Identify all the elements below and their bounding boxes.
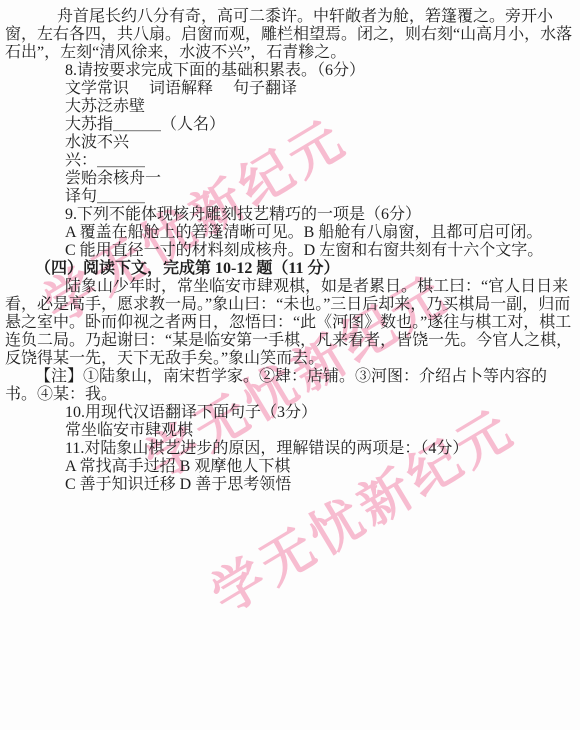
table-row: 大苏指＿＿＿（人名） xyxy=(5,116,574,134)
question-9-title: 9.下列不能体现核舟雕刻技艺精巧的一项是（6分） xyxy=(5,206,574,224)
question-10-sentence: 常坐临安市肆观棋 xyxy=(5,422,574,440)
question-11-option-line-ab: A 常找高手过招 B 观摩他人下棋 xyxy=(5,458,574,476)
scanned-exam-page: 学无忧新纪元 学无忧新纪元 学无忧新纪元 舟首尾长约八分有奇，高可二黍许。中轩敞… xyxy=(0,0,580,730)
question-10-title: 10.用现代汉语翻译下面句子（3分） xyxy=(5,404,574,422)
question-8-title: 8.请按要求完成下面的基础积累表。（6分） xyxy=(5,62,574,80)
table-row: 大苏泛赤壁 xyxy=(5,98,574,116)
table-row: 水波不兴 xyxy=(5,134,574,152)
table-header-row: 文学常识 词语解释 句子翻译 xyxy=(5,80,574,98)
question-9-option-line-cd: C 能用直径一寸的材料刻成核舟。D 左窗和右窗共刻有十六个文字。 xyxy=(5,242,574,260)
exam-content: 舟首尾长约八分有奇，高可二黍许。中轩敞者为舱，箬篷覆之。旁开小窗，左右各四，共八… xyxy=(0,0,580,494)
table-row: 兴：＿＿＿ xyxy=(5,152,574,170)
table-row: 译句＿＿＿ xyxy=(5,188,574,206)
intro-paragraph: 舟首尾长约八分有奇，高可二黍许。中轩敞者为舱，箬篷覆之。旁开小窗，左右各四，共八… xyxy=(5,8,574,62)
question-11-option-line-cd: C 善于知识迁移 D 善于思考领悟 xyxy=(5,476,574,494)
question-9-option-line-ab: A 覆盖在船舱上的箬篷清晰可见。B 船舱有八扇窗，且都可启可闭。 xyxy=(5,224,574,242)
passage-notes: 【注】①陆象山，南宋哲学家。②肆：店铺。③河图：介绍占卜等内容的书。④某：我。 xyxy=(5,368,574,404)
reading-passage: 陆象山少年时，常坐临安市肆观棋，如是者累日。棋工曰：“官人日日来看，必是高手，愿… xyxy=(5,278,574,368)
question-11-title: 11.对陆象山棋艺进步的原因，理解错误的两项是：（4分） xyxy=(5,440,574,458)
table-row: 尝贻余核舟一 xyxy=(5,170,574,188)
section-4-heading: （四）阅读下文，完成第 10-12 题（11 分） xyxy=(5,260,574,278)
